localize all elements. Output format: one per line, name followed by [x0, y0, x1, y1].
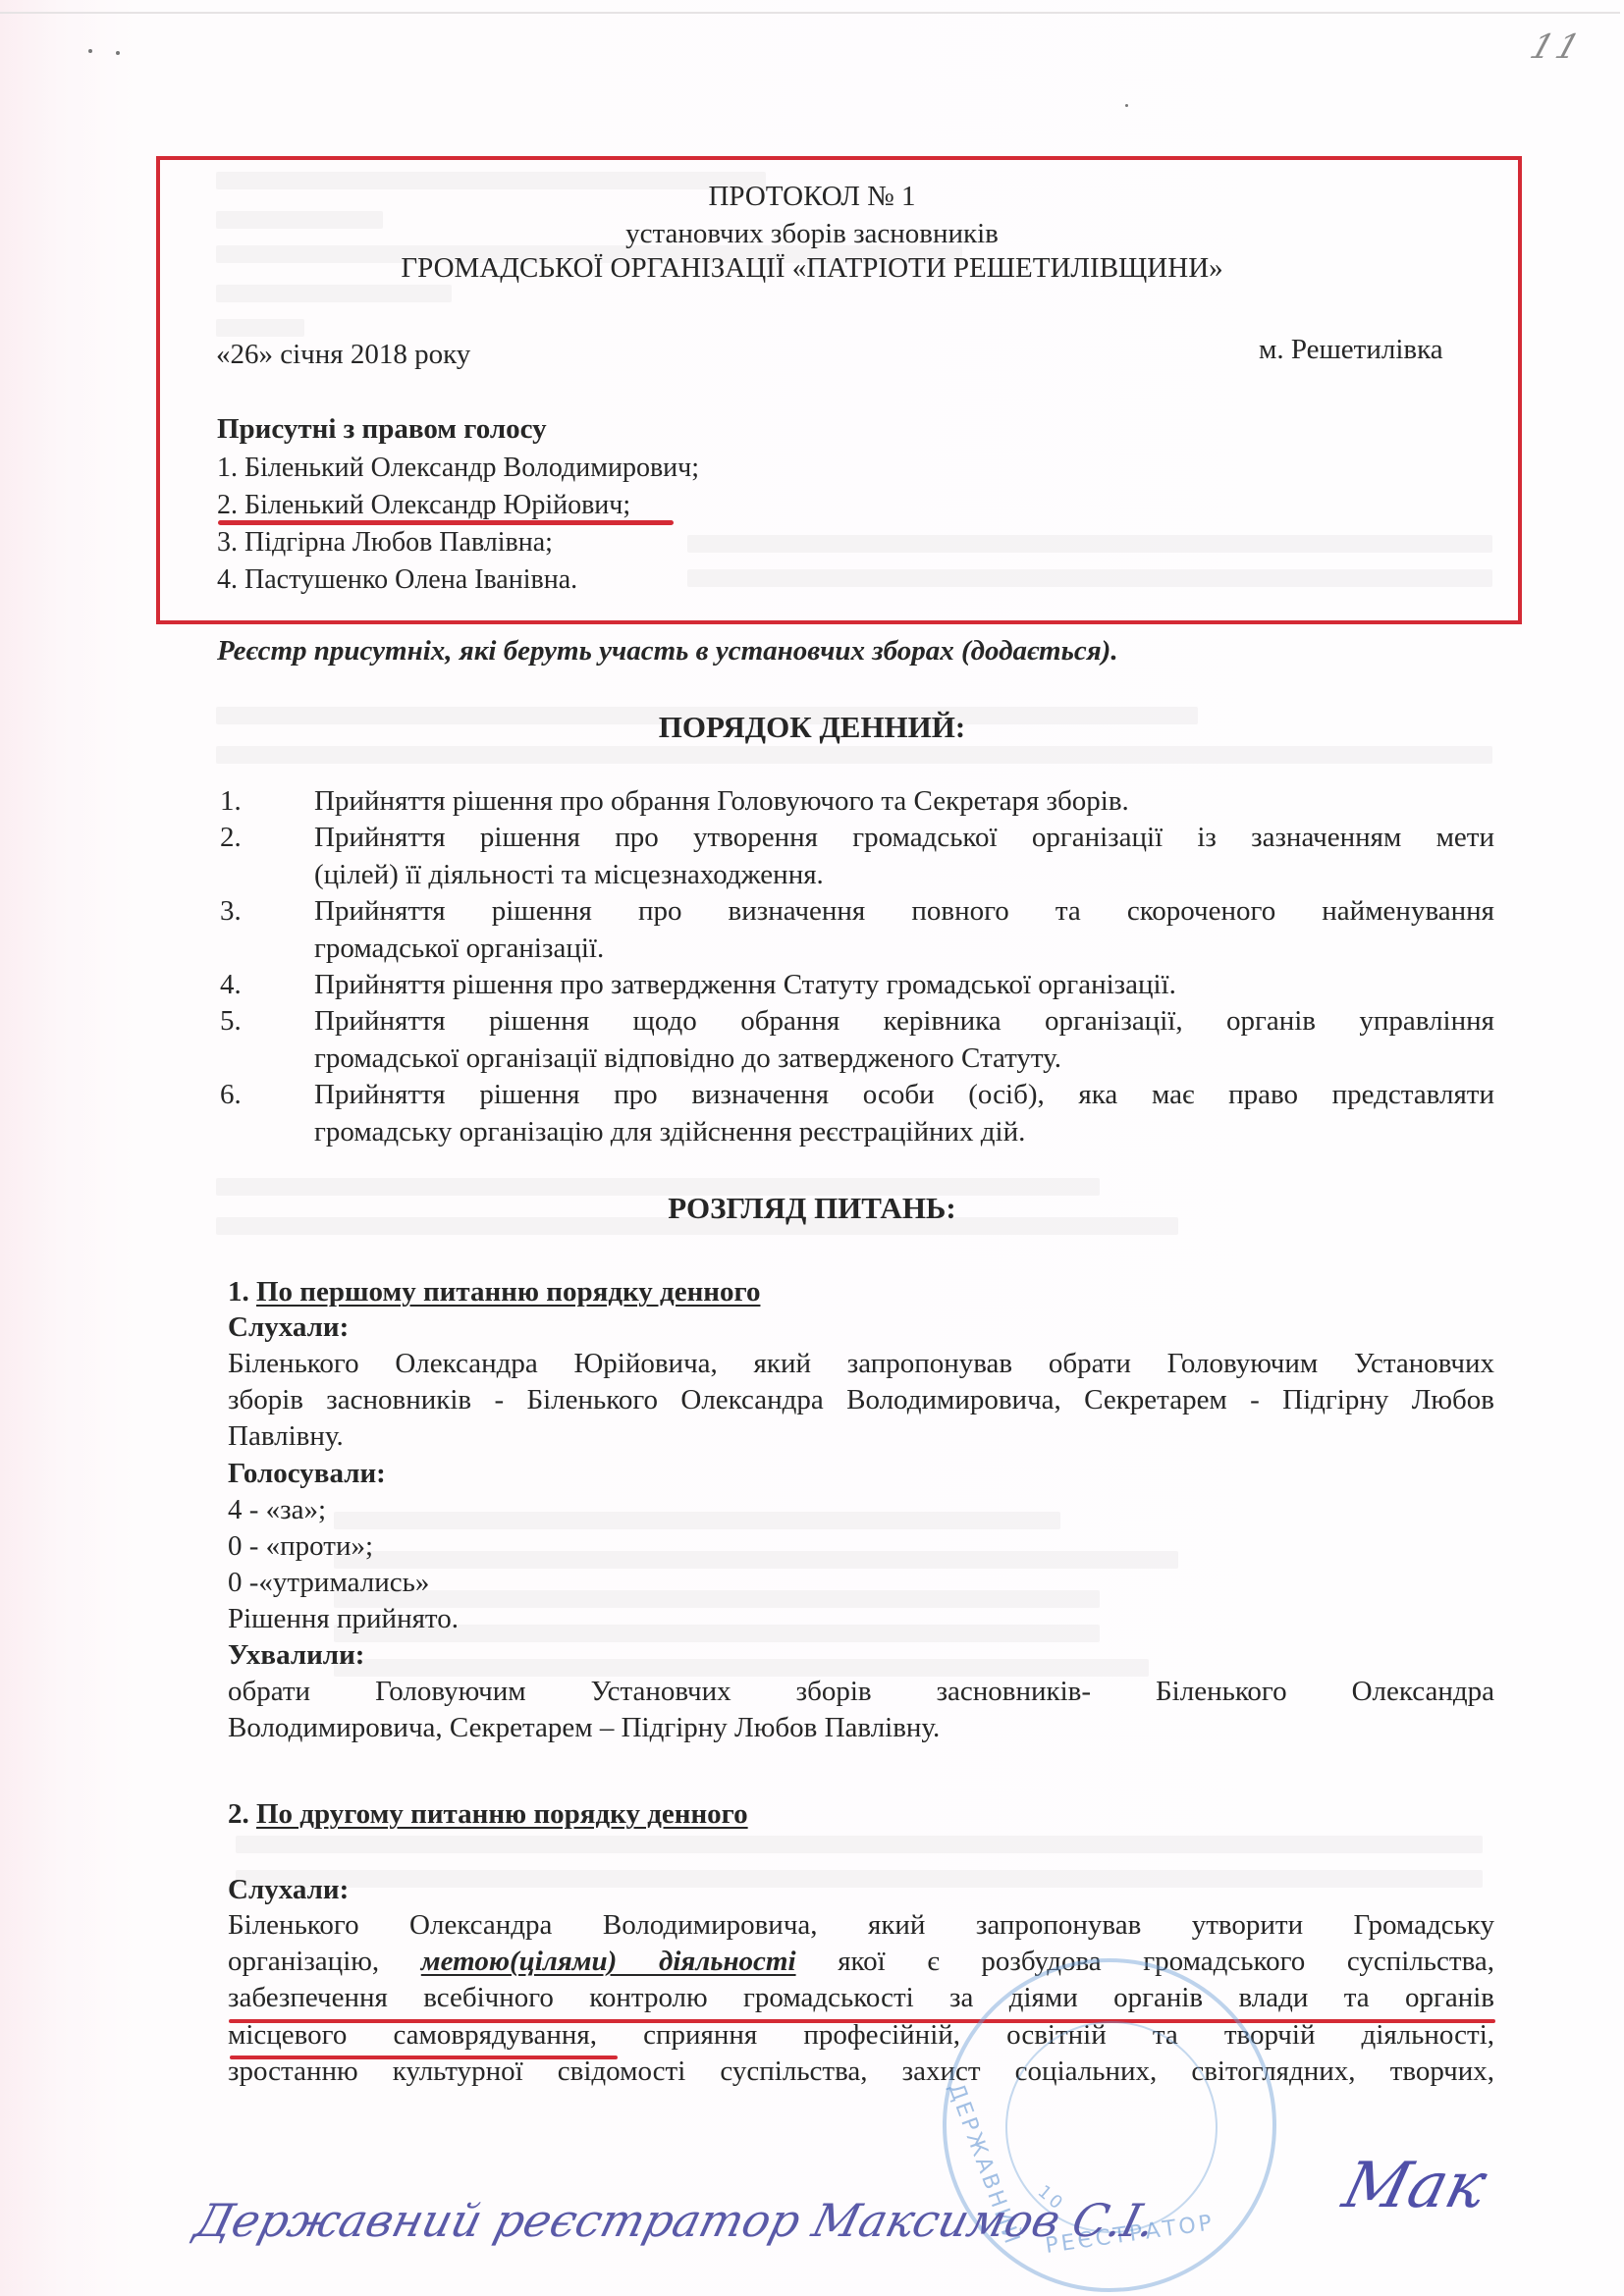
- q1-resolved-label: Ухвалили:: [228, 1637, 364, 1673]
- q1-vote-against: 0 - «проти»;: [228, 1528, 373, 1564]
- agenda-item-number: 5.: [220, 1003, 242, 1039]
- agenda-item-text: (цілей) її діяльності та місцезнаходженн…: [314, 857, 1494, 892]
- q1-result: Рішення прийнято.: [228, 1601, 459, 1636]
- q2-heard-label: Слухали:: [228, 1872, 349, 1907]
- question-1-number: 1.: [228, 1276, 256, 1308]
- meeting-city: м. Решетилівка: [1259, 332, 1443, 367]
- agenda-item-text: Прийняття рішення про затвердження Стату…: [314, 967, 1494, 1002]
- q1-heard-text: Павлівну.: [228, 1418, 344, 1454]
- review-heading: РОЗГЛЯД ПИТАНЬ:: [0, 1191, 1624, 1226]
- q1-heard-text: Біленького Олександра Юрійовича, який за…: [228, 1346, 1494, 1381]
- q2-heard-text: місцевого самоврядування, сприяння профе…: [228, 2017, 1494, 2053]
- bleed-through-text: [236, 1870, 1483, 1888]
- handwritten-page-number: 11: [1526, 27, 1589, 67]
- agenda-item-text: громадську організацію для здійснення ре…: [314, 1114, 1494, 1149]
- q1-voted-label: Голосували:: [228, 1456, 386, 1491]
- bleed-through-text: [334, 1512, 1060, 1529]
- q1-heard-text: зборів засновників - Біленького Олександ…: [228, 1382, 1494, 1417]
- agenda-item-text: Прийняття рішення щодо обрання керівника…: [314, 1003, 1494, 1039]
- agenda-item-text: Прийняття рішення про визначення особи (…: [314, 1077, 1494, 1112]
- agenda-item-number: 6.: [220, 1077, 242, 1112]
- organization-name: ГРОМАДСЬКОЇ ОРГАНІЗАЦІЇ «ПАТРІОТИ РЕШЕТИ…: [0, 250, 1624, 286]
- scan-speck: [116, 51, 120, 55]
- question-2-title-text: По другому питанню порядку денного: [256, 1798, 748, 1830]
- handwritten-registrar-note: Державний реєстратор Максимов С.І.: [189, 2194, 1161, 2247]
- agenda-item-text: Прийняття рішення про обрання Головуючог…: [314, 783, 1494, 819]
- agenda-item-number: 2.: [220, 820, 242, 855]
- q1-resolved-text: обрати Головуючим Установчих зборів засн…: [228, 1674, 1494, 1709]
- page-edge: [0, 12, 1620, 14]
- q2-self-government: місцевого самоврядування: [228, 2019, 590, 2051]
- agenda-item-text: громадської організації відповідно до за…: [314, 1041, 1494, 1076]
- attendees-heading: Присутні з правом голосу: [217, 411, 547, 447]
- q1-resolved-text: Володимировича, Секретарем – Підгірну Лю…: [228, 1710, 940, 1745]
- q2-heard-text: забезпечення всебічного контролю громадс…: [228, 1980, 1494, 2015]
- register-note: Реєстр присутніх, які беруть участь в ус…: [217, 633, 1118, 668]
- meeting-date: «26» січня 2018 року: [216, 337, 470, 372]
- bleed-through-text: [334, 1551, 1178, 1569]
- bleed-through-text: [216, 746, 1492, 764]
- q2-heard-text: Біленького Олександра Володимировича, як…: [228, 1907, 1494, 1943]
- scan-speck: [88, 49, 92, 53]
- agenda-item-number: 4.: [220, 967, 242, 1002]
- question-1-title: 1. По першому питанню порядку денного: [228, 1274, 760, 1309]
- q2-heard-text: зростанню культурної свідомості суспільс…: [228, 2054, 1494, 2089]
- question-2-title: 2. По другому питанню порядку денного: [228, 1796, 748, 1832]
- agenda-item-number: 3.: [220, 893, 242, 929]
- question-1-title-text: По першому питанню порядку денного: [256, 1276, 760, 1308]
- q1-vote-for: 4 - «за»;: [228, 1492, 326, 1527]
- document-subtitle: установчих зборів засновників: [0, 216, 1624, 251]
- agenda-item-text: Прийняття рішення про утворення громадсь…: [314, 820, 1494, 855]
- q2-heard-text: організацію, метою(цілями) діяльності як…: [228, 1944, 1494, 1979]
- document-title: ПРОТОКОЛ № 1: [0, 179, 1624, 214]
- attendee-item: 3. Підгірна Любов Павлівна;: [217, 525, 553, 561]
- attendee-item: 2. Біленький Олександр Юрійович;: [217, 488, 630, 523]
- q1-vote-abstain: 0 -«утримались»: [228, 1565, 429, 1600]
- q2-text-segment: організацію,: [228, 1946, 421, 1977]
- q2-purpose-emphasis: метою(цілями) діяльності: [421, 1946, 796, 1977]
- attendee-item: 1. Біленький Олександр Володимирович;: [217, 451, 699, 486]
- registrar-signature: Мак: [1336, 2150, 1493, 2222]
- agenda-heading: ПОРЯДОК ДЕННИЙ:: [0, 710, 1624, 745]
- scan-speck: [1125, 104, 1128, 107]
- agenda-item-text: Прийняття рішення про визначення повного…: [314, 893, 1494, 929]
- attendee-item: 4. Пастушенко Олена Іванівна.: [217, 562, 577, 598]
- bleed-through-text: [236, 1836, 1483, 1853]
- agenda-item-number: 1.: [220, 783, 242, 819]
- scanned-document-page: 11 ПРОТОКОЛ № 1 установчих зборів заснов…: [0, 0, 1624, 2296]
- q1-heard-label: Слухали:: [228, 1309, 349, 1345]
- agenda-item-text: громадської організації.: [314, 931, 1494, 966]
- question-2-number: 2.: [228, 1798, 256, 1830]
